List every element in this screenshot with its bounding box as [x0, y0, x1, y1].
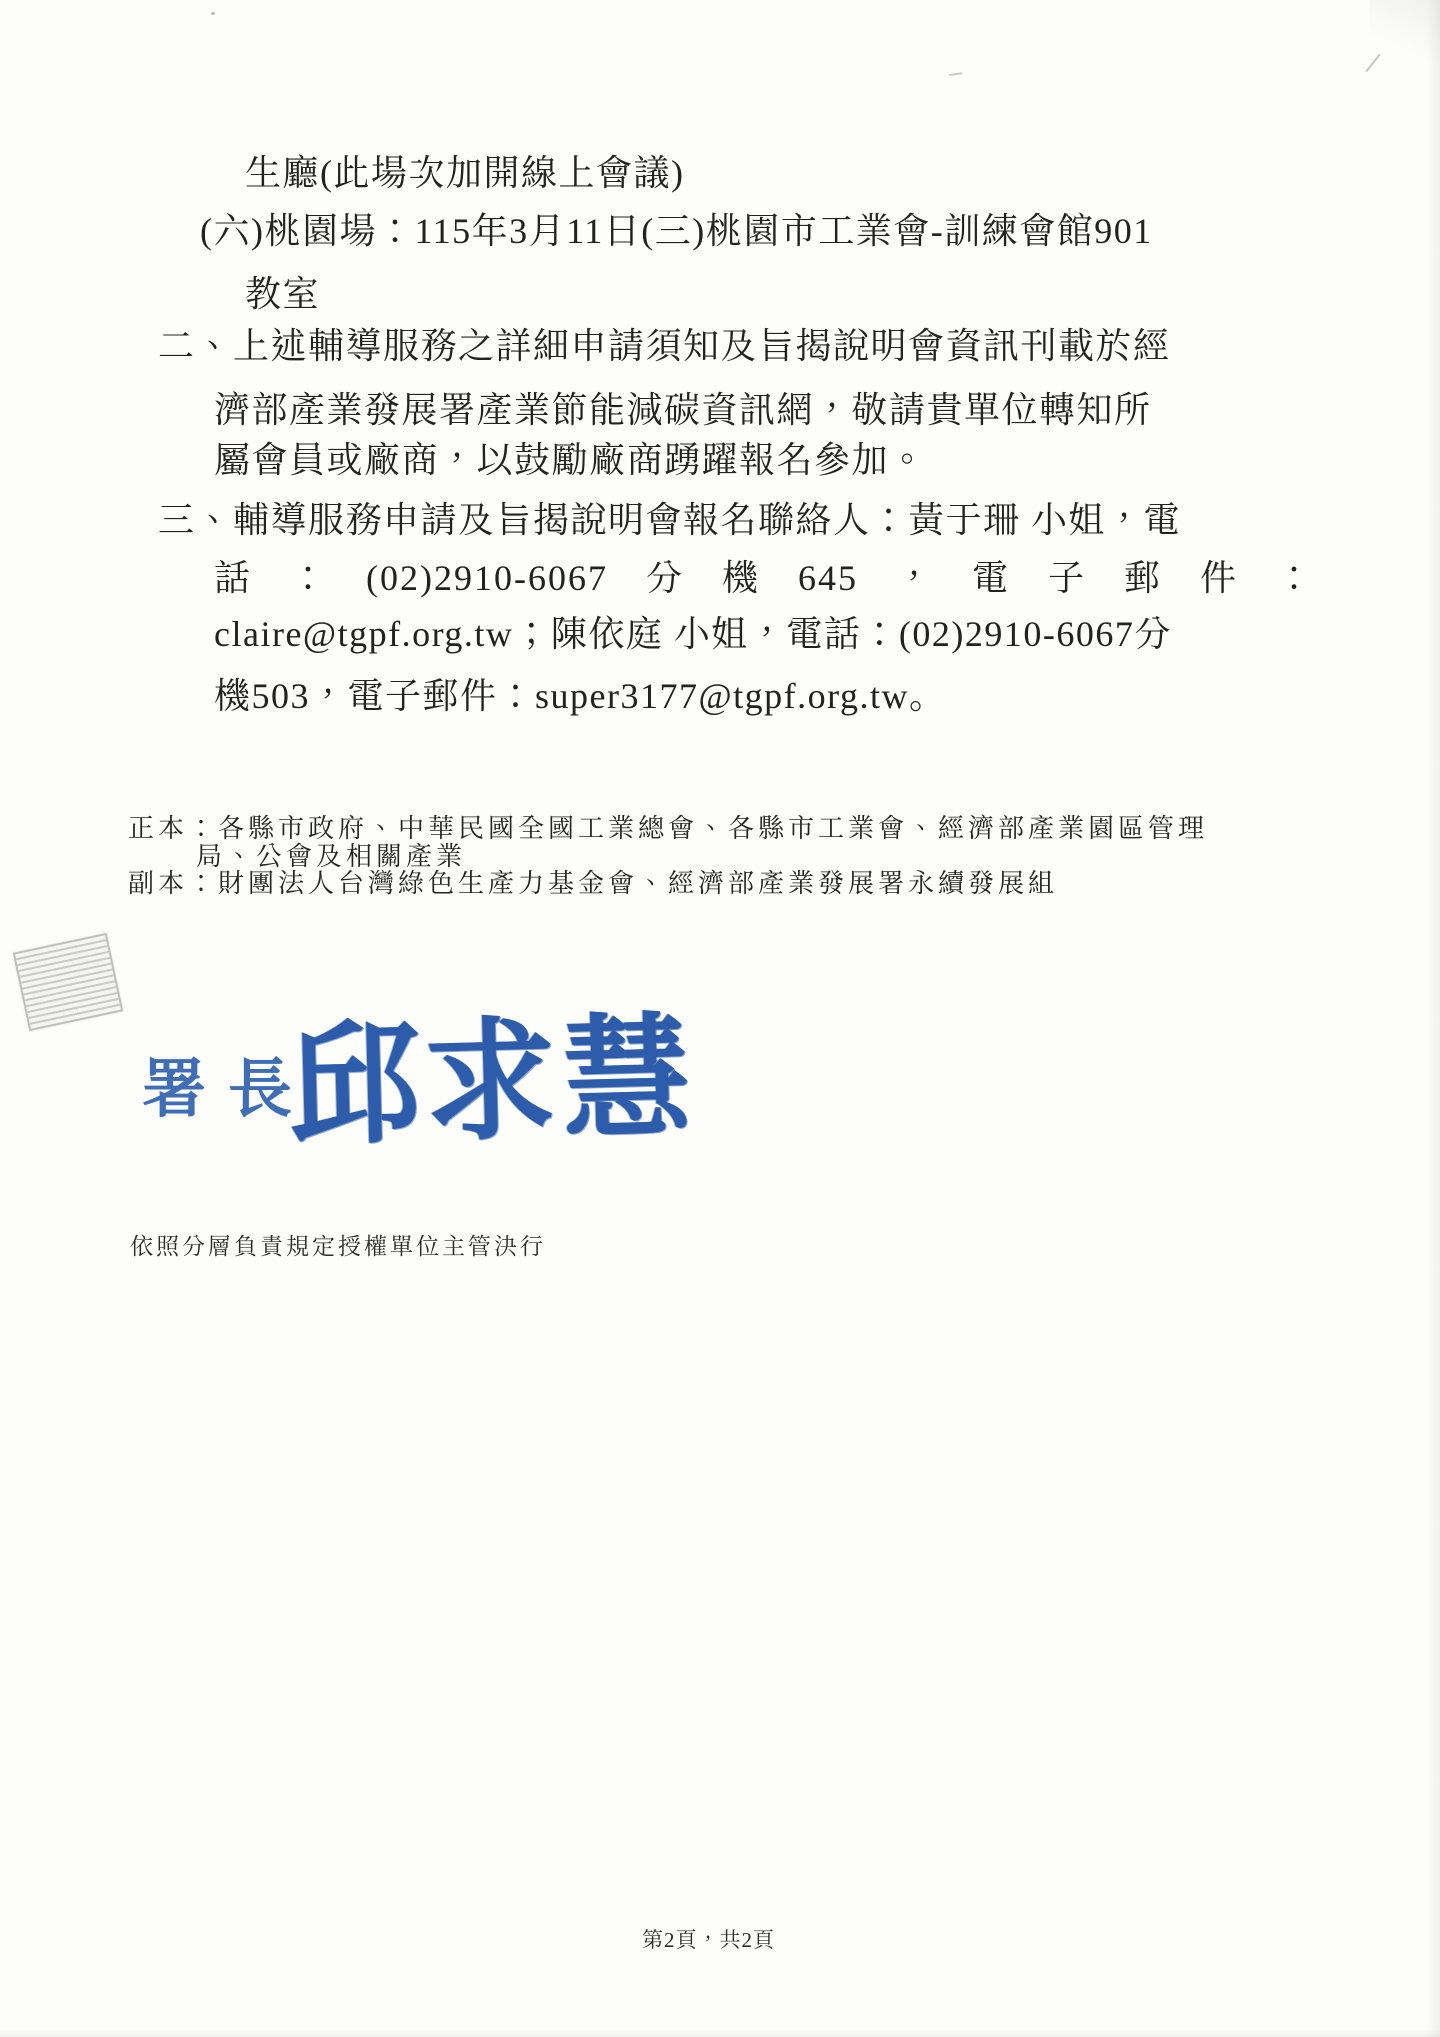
body-line-item-2: 二、上述輔導服務之詳細申請須知及旨揭說明會資訊刊載於經 — [158, 318, 1171, 369]
recipients-copy-line: 副本：財團法人台灣綠色生產力基金會、經濟部產業發展署永續發展組 — [128, 863, 1058, 900]
body-line: 話 ： (02)2910-6067 分 機 645 ， 電 子 郵 件 ： — [214, 550, 1314, 601]
body-line: 生廳(此場次加開線上會議) — [245, 145, 684, 196]
registry-stamp — [13, 933, 124, 1031]
scan-artifact-mark — [949, 63, 964, 76]
body-line: 機503，電子郵件：super3177@tgpf.org.tw。 — [214, 668, 946, 719]
scan-artifact-edge-shadow — [0, 2029, 1440, 2037]
director-signature: 邱求慧 — [286, 970, 699, 1171]
body-line: claire@tgpf.org.tw；陳依庭 小姐，電話：(02)2910-60… — [214, 606, 1172, 657]
body-line: 濟部產業發展署產業節能減碳資訊網，敬請貴單位轉知所 — [214, 382, 1152, 433]
authorization-note: 依照分層負責規定授權單位主管決行 — [130, 1228, 546, 1261]
body-line: 教室 — [245, 266, 320, 317]
body-line: (六)桃園場：115年3月11日(三)桃園市工業會-訓練會館901 — [200, 203, 1153, 254]
scan-artifact-dot — [211, 12, 215, 15]
scan-artifact-edge-shadow — [1426, 0, 1440, 2037]
scanned-letter-page: 生廳(此場次加開線上會議) (六)桃園場：115年3月11日(三)桃園市工業會-… — [0, 0, 1440, 2037]
body-line: 屬會員或廠商，以鼓勵廠商踴躍報名參加。 — [214, 432, 927, 483]
body-line-item-3: 三、輔導服務申請及旨揭說明會報名聯絡人：黃于珊 小姐，電 — [158, 492, 1181, 543]
page-number-footer: 第2頁，共2頁 — [642, 1924, 775, 1954]
